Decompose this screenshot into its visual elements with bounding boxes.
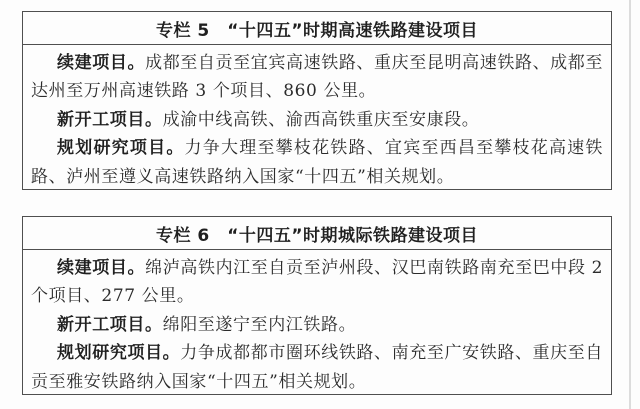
panel-column6-title: 专栏 6 “十四五”时期城际铁路建设项目 (156, 221, 478, 246)
panel-column5: 专栏 5 “十四五”时期高速铁路建设项目 续建项目。成都至自贡至宜宾高速铁路、重… (22, 11, 612, 190)
paragraph-continuing-projects: 续建项目。绵泸高铁内江至自贡至泸州段、汉巴南铁路南充至巴中段 2 个项目、277… (31, 254, 603, 311)
paragraph-lead: 新开工项目。 (57, 110, 163, 130)
panel-column6: 专栏 6 “十四五”时期城际铁路建设项目 续建项目。绵泸高铁内江至自贡至泸州段、… (22, 216, 612, 395)
panel-column6-body: 续建项目。绵泸高铁内江至自贡至泸州段、汉巴南铁路南充至巴中段 2 个项目、277… (23, 250, 611, 395)
paragraph-lead: 续建项目。 (57, 53, 145, 73)
panel-column5-body: 续建项目。成都至自贡至宜宾高速铁路、重庆至昆明高速铁路、成都至达州至万州高速铁路… (23, 45, 611, 190)
paragraph-continuing-projects: 续建项目。成都至自贡至宜宾高速铁路、重庆至昆明高速铁路、成都至达州至万州高速铁路… (31, 49, 603, 106)
paragraph-lead: 续建项目。 (57, 258, 145, 278)
panel-column5-title: 专栏 5 “十四五”时期高速铁路建设项目 (156, 16, 478, 41)
panel-column6-header: 专栏 6 “十四五”时期城际铁路建设项目 (23, 217, 611, 250)
paragraph-text: 绵阳至遂宁至内江铁路。 (163, 315, 357, 335)
panel-column5-header: 专栏 5 “十四五”时期高速铁路建设项目 (23, 12, 611, 45)
paragraph-lead: 新开工项目。 (57, 315, 163, 335)
page-edge-line (629, 0, 631, 409)
paragraph-new-projects: 新开工项目。绵阳至遂宁至内江铁路。 (31, 311, 603, 339)
paragraph-lead: 规划研究项目。 (57, 343, 180, 363)
paragraph-text: 成渝中线高铁、渝西高铁重庆至安康段。 (163, 110, 480, 130)
paragraph-planning-research-projects: 规划研究项目。力争成都都市圈环线铁路、南充至广安铁路、重庆至自贡至雅安铁路纳入国… (31, 339, 603, 395)
paragraph-planning-research-projects: 规划研究项目。力争大理至攀枝花铁路、宜宾至西昌至攀枝花高速铁路、泸州至遵义高速铁… (31, 134, 603, 190)
paragraph-lead: 规划研究项目。 (57, 138, 185, 158)
paragraph-new-projects: 新开工项目。成渝中线高铁、渝西高铁重庆至安康段。 (31, 106, 603, 134)
document-page: 专栏 5 “十四五”时期高速铁路建设项目 续建项目。成都至自贡至宜宾高速铁路、重… (0, 0, 640, 409)
